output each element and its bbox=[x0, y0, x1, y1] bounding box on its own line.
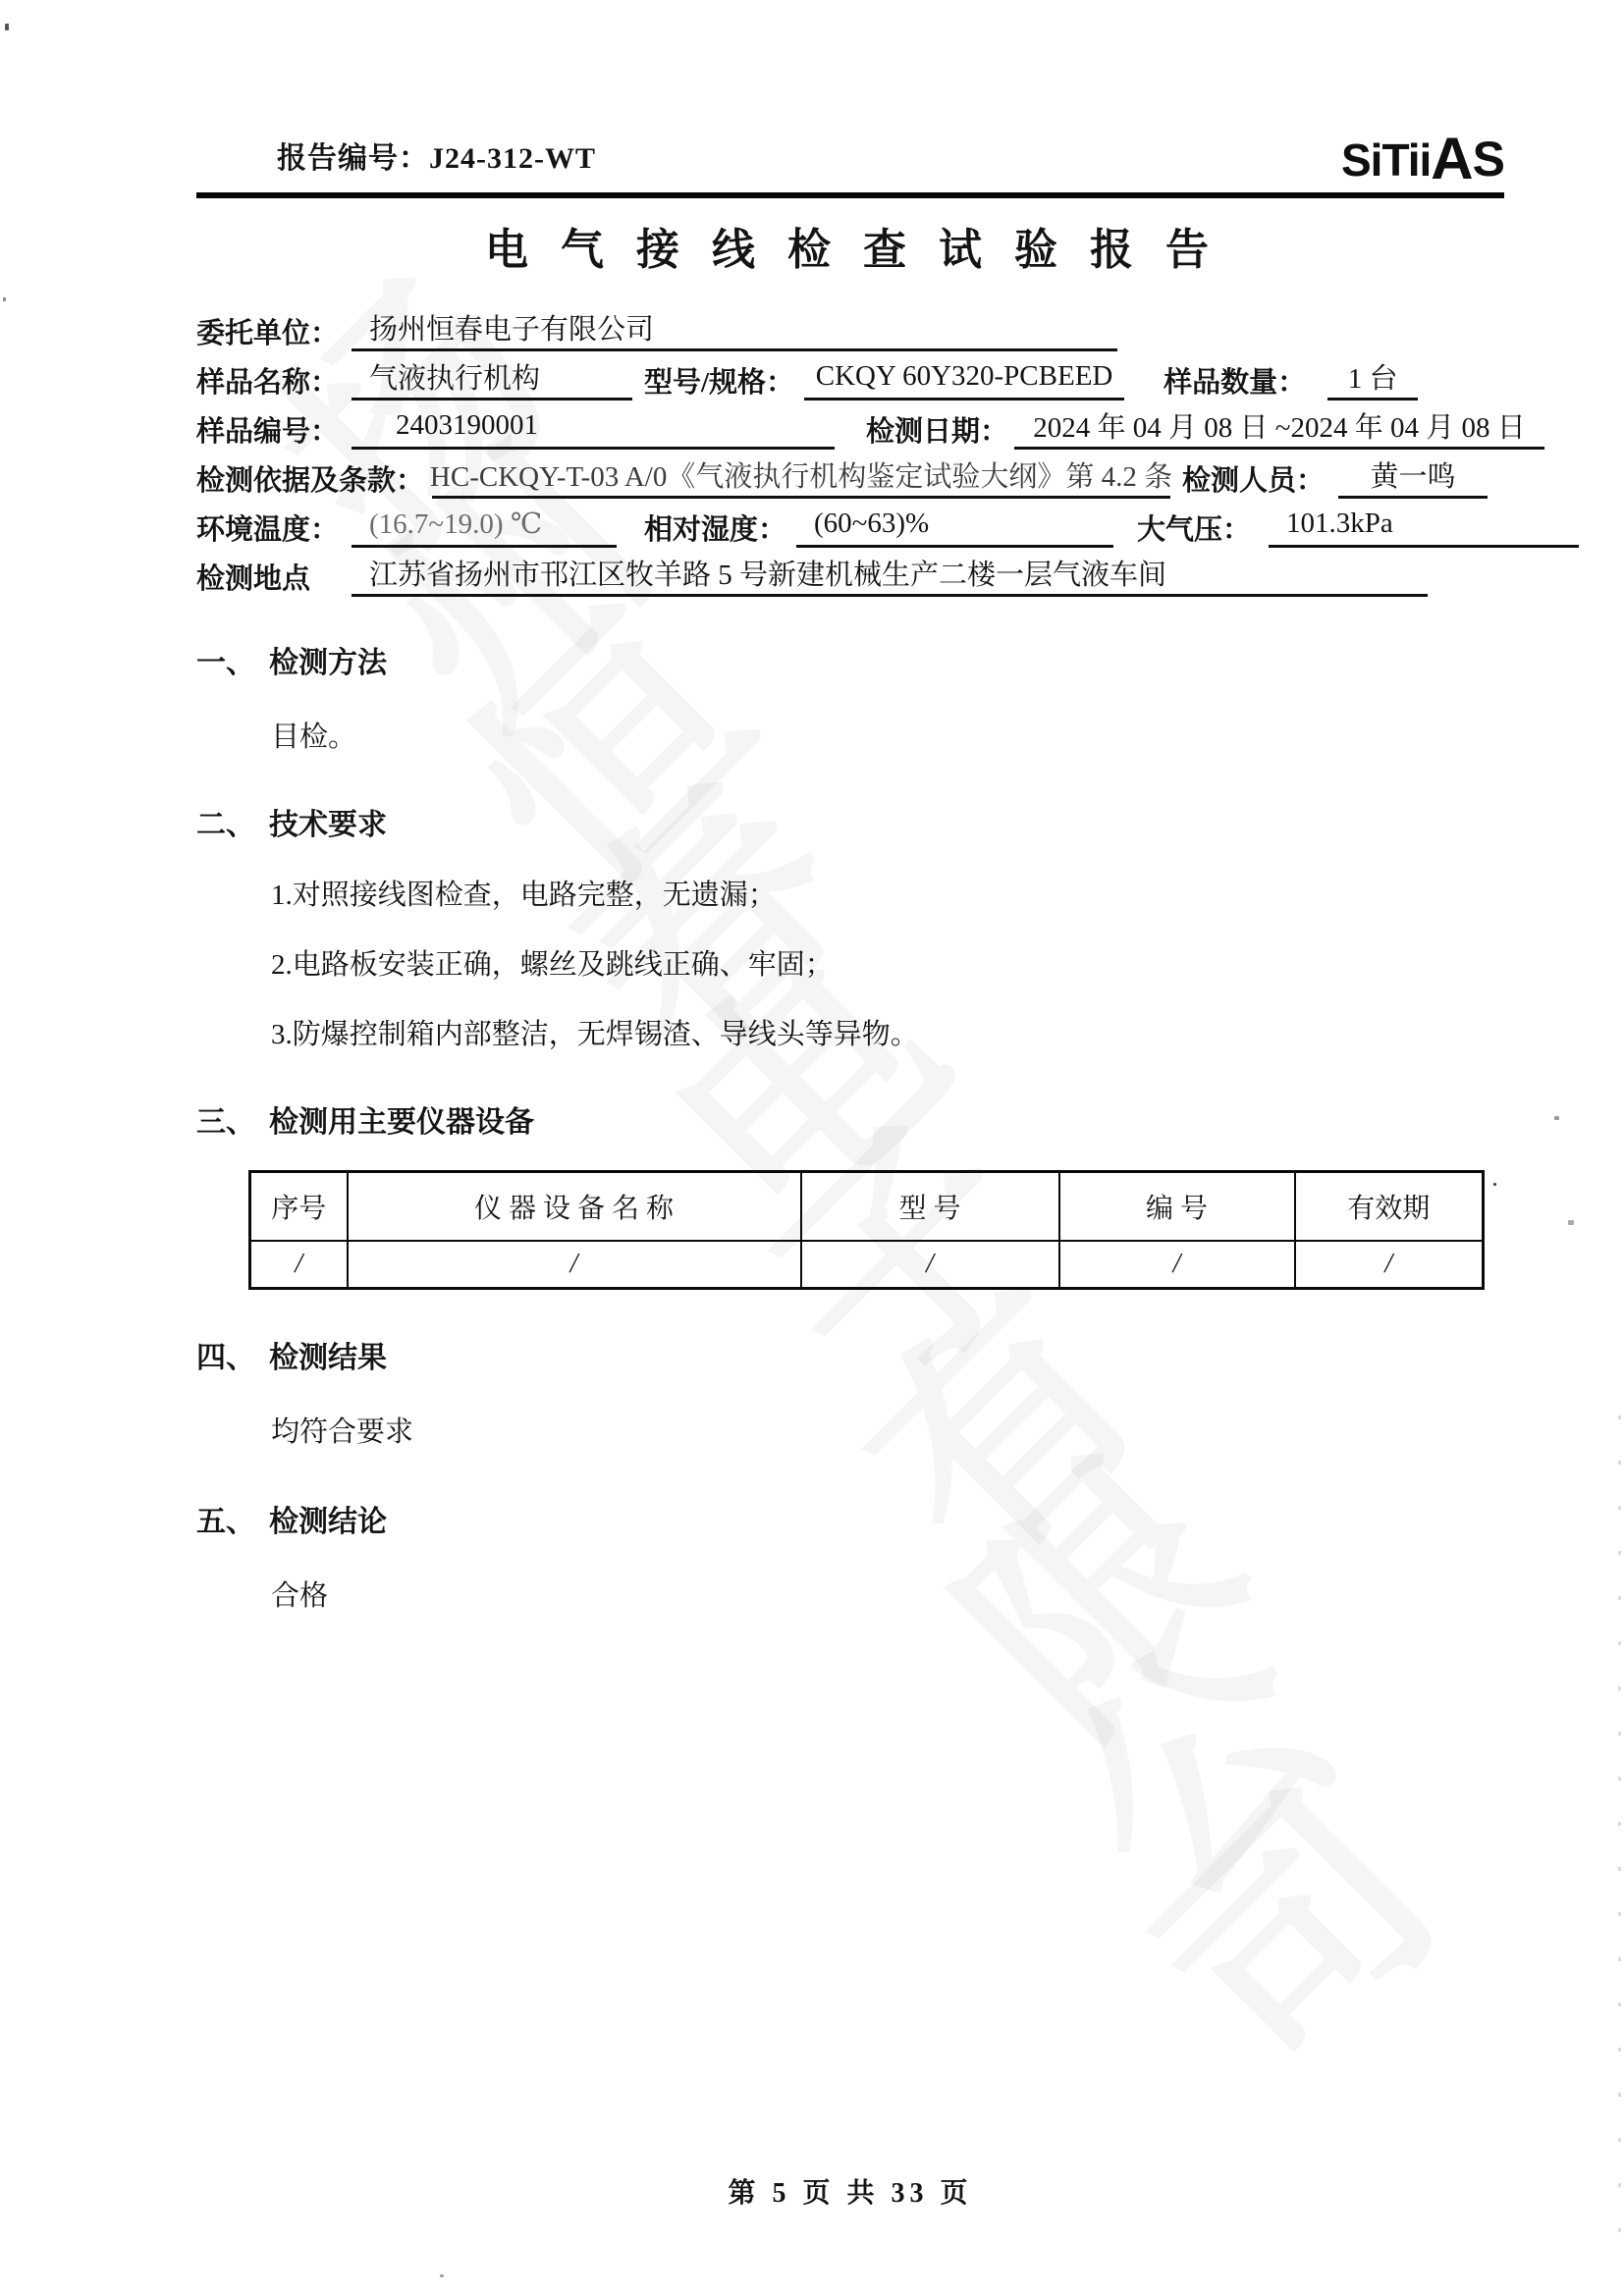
section-4-number: 四、 bbox=[196, 1333, 255, 1376]
equipment-table-header-cell: 序号 bbox=[250, 1172, 348, 1241]
logo-part-1: SiTii bbox=[1341, 137, 1431, 183]
section-4-heading: 四、 检测结果 bbox=[196, 1333, 1504, 1376]
section-3-number: 三、 bbox=[196, 1097, 255, 1141]
section-1-number: 一、 bbox=[196, 638, 255, 681]
equipment-table-cell: / bbox=[250, 1241, 348, 1289]
section-3-heading: 三、 检测用主要仪器设备 bbox=[196, 1097, 1504, 1141]
section-5-body: 合格 bbox=[271, 1574, 1504, 1614]
section-5-heading: 五、 检测结论 bbox=[196, 1497, 1504, 1540]
equipment-table-header-cell: 有效期 bbox=[1295, 1172, 1484, 1241]
logo-part-3: S bbox=[1473, 136, 1504, 184]
form-row-sample: 样品名称： 气液执行机构 型号/规格： CKQY 60Y320-PCBEED 样… bbox=[196, 351, 1504, 400]
equipment-table-header-row: 序号仪 器 设 备 名 称型 号编 号有效期 bbox=[250, 1172, 1484, 1241]
quantity-value: 1 台 bbox=[1327, 354, 1418, 400]
form-row-sample-no: 样品编号： 2403190001 检测日期： 2024 年 04 月 08 日 … bbox=[196, 400, 1504, 450]
test-date-value: 2024 年 04 月 08 日 ~2024 年 04 月 08 日 bbox=[1014, 403, 1544, 450]
equipment-table-header-cell: 仪 器 设 备 名 称 bbox=[348, 1172, 801, 1241]
sample-no-label: 样品编号： bbox=[196, 409, 352, 450]
requirement-item-2: 2.电路板安装正确，螺丝及跳线正确、牢固； bbox=[271, 942, 1504, 983]
inspector-label: 检测人员： bbox=[1182, 458, 1325, 499]
section-1-body: 目检。 bbox=[271, 715, 1504, 755]
test-date-label: 检测日期： bbox=[866, 409, 1008, 450]
sample-name-label: 样品名称： bbox=[196, 360, 352, 400]
equipment-table-header-cell: 编 号 bbox=[1059, 1172, 1295, 1241]
section-4-body: 均符合要求 bbox=[271, 1410, 1504, 1450]
watermark-char: 司 bbox=[1127, 1763, 1475, 2110]
location-value: 江苏省扬州市邗江区牧羊路 5 号新建机械生产二楼一层气液车间 bbox=[352, 551, 1428, 597]
scan-speck bbox=[5, 24, 9, 30]
sample-no-value: 2403190001 bbox=[352, 403, 835, 450]
section-3-title: 检测用主要仪器设备 bbox=[269, 1097, 534, 1141]
page-footer: 第 5 页 共 33 页 bbox=[196, 2171, 1504, 2211]
report-number: 报告编号：J24-312-WT bbox=[196, 133, 596, 177]
watermark-char: 公 bbox=[1029, 1594, 1377, 1942]
sitiias-logo: SiTiiAS bbox=[1341, 135, 1504, 183]
basis-label: 检测依据及条款： bbox=[196, 458, 432, 499]
section-1-heading: 一、 检测方法 bbox=[196, 638, 1504, 681]
form-row-location: 检测地点 江苏省扬州市邗江区牧羊路 5 号新建机械生产二楼一层气液车间 bbox=[196, 548, 1504, 597]
client-label: 委托单位： bbox=[196, 311, 352, 351]
report-info-form: 委托单位： 扬州恒春电子有限公司 样品名称： 气液执行机构 型号/规格： CKQ… bbox=[196, 302, 1504, 597]
equipment-table-cell: / bbox=[348, 1241, 801, 1289]
header-rule bbox=[196, 192, 1504, 198]
report-title: 电 气 接 线 检 查 试 验 报 告 bbox=[196, 214, 1504, 277]
basis-value: HC-CKQY-T-03 A/0《气液执行机构鉴定试验大纲》第 4.2 条 bbox=[432, 453, 1170, 499]
form-row-environment: 环境温度： (16.7~19.0) ℃ 相对湿度： (60~63)% 大气压： … bbox=[196, 499, 1504, 548]
requirement-item-3: 3.防爆控制箱内部整洁，无焊锡渣、导线头等异物。 bbox=[271, 1012, 1504, 1052]
temp-value: (16.7~19.0) ℃ bbox=[352, 502, 617, 548]
section-4-title: 检测结果 bbox=[269, 1333, 387, 1376]
report-page: 扬州恒春电子有限公司 报告编号：J24-312-WT SiTiiAS 电 气 接… bbox=[0, 0, 1624, 2296]
client-value: 扬州恒春电子有限公司 bbox=[352, 305, 1117, 351]
scan-edge-noise bbox=[1618, 1374, 1621, 2238]
sample-name-value: 气液执行机构 bbox=[352, 354, 632, 400]
humidity-label: 相对湿度： bbox=[644, 507, 786, 548]
section-1-title: 检测方法 bbox=[269, 638, 387, 681]
scan-speck bbox=[440, 2274, 444, 2277]
report-number-label: 报告编号： bbox=[277, 142, 429, 175]
quantity-label: 样品数量： bbox=[1164, 360, 1306, 400]
equipment-table-header-cell: 型 号 bbox=[801, 1172, 1059, 1241]
equipment-table-cell: / bbox=[1295, 1241, 1484, 1289]
report-header: 报告编号：J24-312-WT SiTiiAS bbox=[196, 116, 1504, 177]
equipment-table-cell: / bbox=[1059, 1241, 1295, 1289]
report-number-value: J24-312-WT bbox=[429, 142, 596, 175]
equipment-table: 序号仪 器 设 备 名 称型 号编 号有效期///// bbox=[248, 1170, 1485, 1290]
scan-speck bbox=[3, 297, 6, 301]
scan-speck bbox=[1493, 1183, 1496, 1186]
scan-speck bbox=[1554, 1116, 1559, 1120]
report-content: 报告编号：J24-312-WT SiTiiAS 电 气 接 线 检 查 试 验 … bbox=[196, 0, 1504, 1614]
pressure-value: 101.3kPa bbox=[1269, 502, 1579, 548]
logo-part-2: A bbox=[1431, 135, 1472, 183]
section-5-title: 检测结论 bbox=[269, 1497, 387, 1540]
model-value: CKQY 60Y320-PCBEED bbox=[804, 354, 1124, 400]
section-2-title: 技术要求 bbox=[269, 800, 387, 843]
equipment-table-row: ///// bbox=[250, 1241, 1484, 1289]
pressure-label: 大气压： bbox=[1137, 507, 1251, 548]
inspector-value: 黄一鸣 bbox=[1338, 453, 1488, 499]
location-label: 检测地点 bbox=[196, 557, 352, 597]
temp-label: 环境温度： bbox=[196, 507, 352, 548]
section-2-heading: 二、 技术要求 bbox=[196, 800, 1504, 843]
form-row-basis: 检测依据及条款： HC-CKQY-T-03 A/0《气液执行机构鉴定试验大纲》第… bbox=[196, 450, 1504, 499]
form-row-client: 委托单位： 扬州恒春电子有限公司 bbox=[196, 302, 1504, 351]
equipment-table-cell: / bbox=[801, 1241, 1059, 1289]
section-2-number: 二、 bbox=[196, 800, 255, 843]
humidity-value: (60~63)% bbox=[796, 502, 1113, 548]
requirement-item-1: 1.对照接线图检查，电路完整，无遗漏； bbox=[271, 873, 1504, 913]
scan-speck bbox=[1568, 1220, 1574, 1225]
section-5-number: 五、 bbox=[196, 1497, 255, 1540]
model-label: 型号/规格： bbox=[644, 360, 794, 400]
